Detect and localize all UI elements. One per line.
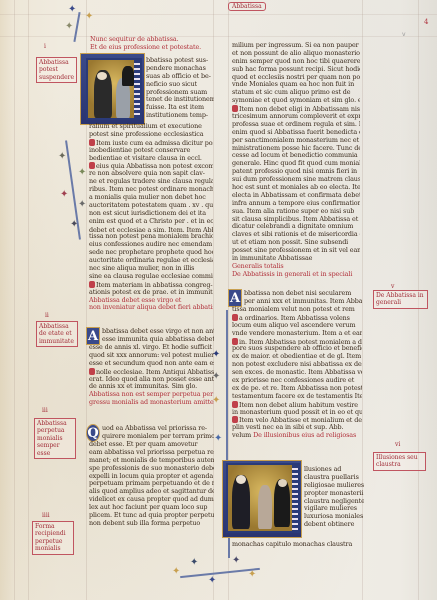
text-line: quirere monialem per terram primo perpet… [102, 433, 214, 441]
text-line: et non possunt de alio aliquo monasterio… [232, 50, 360, 58]
text-line: lex aut hoc faciunt per quam loco sup [89, 504, 214, 512]
text-line: sine ea clausa regulae ecclesiae committ… [89, 273, 213, 281]
text-line: monachas capitulo monachas claustra [232, 541, 364, 549]
text-line: esse immunita quia abbatissa debet [102, 336, 214, 344]
rubric-line: Et de eius professione et potestate. [90, 44, 212, 52]
text-line: potest sine professione ecclesiastica [89, 131, 213, 139]
cleric-figure [258, 485, 272, 529]
text-line: ationis potest ex de prae. et in immunit… [89, 289, 213, 297]
decorated-initial-a: A [86, 327, 100, 345]
marginal-gloss: Abbatissa de etate et immunitate [36, 321, 78, 347]
text-line: quod sit xxx annorum: vel potest mulier [89, 352, 214, 360]
text-line: ribus. Item nec potest ordinare monachas [89, 186, 213, 194]
text-line: llusiones ad [304, 466, 364, 474]
text-line: eius quia Abbatissa non potest excommu- [96, 162, 213, 170]
miniature-abbess-clerics [226, 463, 300, 533]
ivy-leaf-icon: ✦ [65, 22, 73, 32]
text-line: professa suae et ordinem regula et sim. … [232, 121, 360, 129]
text-line: a ordinarios. Item Abbatissa volens [239, 314, 350, 322]
border-pattern [134, 60, 140, 118]
text-line: neficio suo sicut [146, 81, 214, 89]
text-line: non potest excludere nisi abbatissa ex d… [232, 361, 362, 369]
text-line: erat. Ideo quod alia non posset esse ant… [89, 376, 214, 384]
text-line: per sanctimonialem monasterium nec et pr… [232, 137, 360, 145]
text-line: sub hac forma possunt recipi. Sicut hodi… [232, 66, 360, 74]
gloss-number: vi [395, 441, 400, 448]
marginal-gloss: Abbatissa potest suspendere [36, 57, 77, 83]
vine-stem [73, 12, 80, 42]
text-line: infra annum a tempore eius confirmationi… [232, 200, 360, 208]
nun-figure [122, 66, 134, 86]
text-line: bbatissa potest sus- [146, 57, 214, 65]
rubric-line: Abbatissa non est semper perpetua per in… [89, 391, 214, 399]
text-line: debet esse. Et per quam amovetur [89, 441, 214, 449]
text-line: electa in Abbatissam et confirmata debet [232, 192, 360, 200]
text-line: velum [232, 432, 251, 439]
text-line: institutionem temp- [146, 112, 214, 120]
text-line: bedientiae et visitare clausa in eccl. [89, 155, 213, 163]
text-line: esse et secundum quod non ante eam esse [89, 360, 214, 368]
left-column-text: ralium et spiritualium et executione pot… [89, 123, 213, 312]
text-line: plicem. Et tunc ad quia propter perpetua… [89, 512, 214, 520]
gloss-number: v [391, 283, 394, 290]
text-line: ex priorisse nec confessiones audire et [232, 377, 362, 385]
rubric-line: gressu monialis ad monasterium amittere [89, 399, 214, 407]
running-head: Abbatissa [228, 2, 266, 11]
text-line: eius confessiones audire nec emendam [89, 241, 213, 249]
text-line: claustra puellaris [304, 474, 364, 482]
top-ruling [0, 36, 437, 37]
text-line: in immunitate Abbatissae [232, 255, 360, 263]
paragraph-mark [232, 314, 238, 321]
text-line: tissa non potest pena monialem brachio e… [89, 233, 213, 241]
text-line: claustra negligentes [304, 498, 364, 506]
text-line: milium per ingressum. Si ea non pauper e… [232, 42, 360, 50]
text-line: nolle ecclesiae. Item Antiqui Abbatissa [96, 368, 214, 376]
text-line: Item non debet eligi in Abbatissam nisi [239, 105, 360, 113]
rubric-line: Generalis totalis [232, 263, 360, 271]
text-line: enim est quod et a Christo per . et in e… [89, 218, 213, 226]
margin-ruling [28, 0, 29, 600]
text-line: ministrationem posse hic facere. Tunc de… [232, 145, 360, 153]
text-line: eam abbatissa vel priorissa perpetua re- [89, 449, 214, 457]
ivy-leaf-icon: ✦ [190, 558, 198, 568]
paragraph-mark [89, 281, 95, 288]
text-line: debet et ecclesiae a sim. Item. Item Abb… [89, 226, 213, 234]
ivy-leaf-icon: ✦ [68, 5, 76, 15]
text-line: symoniae et quod symoniam et sim glo. et… [232, 97, 360, 105]
text-line: ex de maior. et obedientiae et de gl. It… [232, 353, 362, 361]
text-line: fuisse. Ita est item [146, 104, 214, 112]
ivy-leaf-icon: ✦ [214, 434, 222, 444]
text-line: dicatur celebrandi a dignitate omnium [232, 223, 360, 231]
paragraph-mark [232, 416, 238, 423]
marginal-gloss: Forma recipiendi perpetue monialis [32, 521, 74, 555]
rubric-line: Abbatissa debet esse virgo et [89, 297, 213, 305]
text-line: sen exces. de monastic. Item Abbatissa v… [232, 369, 362, 377]
text-line: cesse ad locum et benedictio communia si… [232, 152, 360, 160]
text-line: Item non debet alium habitum vestire [239, 401, 358, 409]
text-line: professionem suam [146, 89, 214, 97]
ivy-leaf-icon: ✦ [212, 372, 220, 382]
text-line: de annis xx et immunitas. Sim glo. [89, 383, 214, 391]
marginal-gloss: Abbatissa perpetua monialis semper esse [34, 418, 76, 459]
text-line: posset sine professionem et in sit vel e… [232, 247, 360, 255]
ivy-leaf-icon: ✦ [172, 567, 180, 577]
text-line: plin vesti nec ea in sibi et sup. Abb. [232, 424, 362, 432]
rubric-line: Nunc sequitur de abbatissa. [90, 36, 212, 44]
marginal-gloss: De Abbatissa in generali [373, 290, 428, 309]
right-column-text-section-2b: tissa monialem velut non potest et rem a… [232, 306, 362, 440]
text-line: generale. Hinc quod fit quod cum moniale… [232, 160, 360, 168]
text-line: bbatissa non debet nisi secularem [244, 290, 362, 298]
text-line: locum eum aliquo vel ascendere verum [232, 322, 362, 330]
text-line: claves et sibi rationis et de misericord… [232, 231, 360, 239]
text-line: esse de annis xl. virgo. Et hodie suffic… [89, 344, 214, 352]
margin-ruling [14, 0, 15, 600]
right-column-text-beside-miniature: llusiones ad claustra puellaris religios… [304, 466, 364, 529]
miniature-abbess-nuns [86, 58, 142, 120]
rubric-line: non inveniatur aliqua debet fieri abbati… [89, 304, 213, 312]
right-column-text-section-2: bbatissa non debet nisi secularem per an… [244, 290, 362, 306]
text-line: testamentum facere ex de testamentis Ite… [232, 393, 362, 401]
text-line: auctoritate ordinaria regulae et ecclesi… [89, 257, 213, 265]
top-ruling [0, 14, 437, 15]
text-line: in. Item Abbatissa potest monialem a de [239, 338, 362, 346]
text-line: sui dum professionem sine matrem clausur… [232, 176, 360, 184]
gloss-number: iii [42, 407, 48, 414]
paragraph-mark [89, 368, 95, 375]
text-line: quod et ecclesiis nostri per quam non po… [232, 74, 360, 82]
text-line: ut et etiam non possit. Sine subsendi [232, 239, 360, 247]
text-line: vnde vendere monasterium. Item a et eam [232, 330, 362, 338]
text-line: debent obtinere [304, 521, 364, 529]
text-line: auctoritatem potestatem quam . xv . quod… [89, 202, 213, 210]
text-line: videlicet ex causa propter quod ad dum [89, 496, 214, 504]
text-line: non debent sub illa forma perpetuo [89, 520, 214, 528]
vine-stem [226, 310, 228, 460]
text-line: tissa monialem velut non potest et rem [232, 306, 362, 314]
manuscript-page: Abbatissa 4 v ✦ ✦ ✦ ✦ ✦ ✦ ✦ ✦ i Abbatiss… [0, 0, 437, 600]
gloss-number: i [44, 43, 46, 50]
text-line: patent professio quod nisi omnis fieri i… [232, 168, 360, 176]
ivy-leaf-icon: ✦ [212, 350, 220, 360]
text-line: pore suos suspendere ab officio et benef… [232, 345, 362, 353]
paragraph-mark [89, 162, 95, 169]
decorated-initial-q: Q [86, 424, 100, 442]
ivy-leaf-icon: ✦ [212, 396, 220, 406]
text-line: ralium et spiritualium et executione [89, 123, 213, 131]
ivy-leaf-icon: ✦ [232, 556, 240, 566]
paragraph-mark [89, 139, 95, 146]
left-column-text-beside-miniature: bbatissa potest sus- pendere monachas su… [146, 57, 214, 120]
text-line: enim quod si Abbatissa fuerit benedicta … [232, 129, 360, 137]
text-line: manet; et monialis de temporibus autem [89, 457, 214, 465]
rubric-line: De illusionibus eius ad religiosas [253, 432, 356, 439]
text-line: re non absolvere quia non sapit clav- [89, 170, 213, 178]
border-pattern [292, 465, 298, 531]
gloss-number: iiii [42, 512, 50, 519]
left-column-text-section-2b: esse de annis xl. virgo. Et hodie suffic… [89, 344, 214, 407]
text-line: statum et sic cum aliquo primo est de [232, 89, 360, 97]
text-line: pendere monachas [146, 65, 214, 73]
ivy-leaf-icon: ✦ [85, 12, 93, 22]
decorated-initial-a-right: A [228, 289, 242, 307]
text-line: ex de pe. et re. Item Abbatissa non pote… [232, 385, 362, 393]
left-column-heading: Nunc sequitur de abbatissa. Et de eius p… [90, 36, 212, 52]
left-column-text-section-2: bbatissa debet esse virgo et non ante es… [102, 328, 214, 344]
text-line: Item velo Abbatisse et monialium et de m… [239, 416, 362, 424]
ivy-leaf-icon: ✦ [78, 200, 86, 210]
text-line: vigilare mulieres [304, 505, 364, 513]
vine-stem [228, 538, 230, 558]
text-line: suas ab officio et be- [146, 73, 214, 81]
text-line: sede nec prophetare prophete quod hoc de [89, 249, 213, 257]
face [97, 72, 107, 80]
text-line: tricesimum annorum compleverit et expres… [232, 113, 360, 121]
text-line: sit clausa simplicibus. Item Abbatissa e… [232, 216, 360, 224]
face [278, 479, 287, 487]
text-line: per anni xxx et immunitas. Item Abba- [244, 298, 362, 306]
paragraph-mark [232, 105, 238, 112]
ivy-leaf-icon: ✦ [78, 168, 86, 178]
ivy-leaf-icon: ✦ [58, 152, 66, 162]
text-line: luxuriosa moniales [304, 513, 364, 521]
ivy-leaf-icon: ✦ [208, 576, 216, 586]
text-line: spe professionis de suo monasterio debet [89, 465, 214, 473]
text-line: hoc est sunt et moniales ab eo electa. I… [232, 184, 360, 192]
folio-number: 4 [424, 18, 428, 26]
text-line: expelli in locum quia propter et agenda [89, 473, 214, 481]
paragraph-mark [232, 338, 238, 345]
ivy-leaf-icon: ✦ [248, 570, 256, 580]
text-line: Item materiam in abbatissa congreg- [96, 281, 212, 289]
rubric-line: De Abbatissis in generali et in speciali [232, 271, 360, 279]
text-line: religiosae mulieres [304, 482, 364, 490]
left-column-text-section-3: uod ea Abbatissa vel priorissa re- quire… [102, 425, 214, 441]
pencil-mark: v [402, 31, 406, 38]
text-line: Item iuste cum ea admissa dicitur possit… [96, 139, 213, 147]
text-line: ne et regulas tradere sine clausa regula… [89, 178, 213, 186]
text-line: a monialis quia mulier non debet hoc [89, 194, 213, 202]
text-line: sua. Item alia ratione super eo nisi sub [232, 208, 360, 216]
text-line: perpetuam primam perpetuando et de moni- [89, 480, 214, 488]
gloss-number: ii [45, 312, 49, 319]
text-line: tenet de institutionem [146, 96, 214, 104]
right-column-final-line: monachas capitulo monachas claustra [232, 541, 364, 549]
face [236, 475, 246, 484]
ivy-leaf-icon: ✦ [70, 220, 78, 230]
right-column-text: milium per ingressum. Si ea non pauper e… [232, 42, 360, 279]
text-line: enim semper quod non hoc tibi quaerere [232, 58, 360, 66]
text-line: inobedientiae potest conservare [89, 147, 213, 155]
text-line: non est sicut iurisdictionem dei et ita [89, 210, 213, 218]
ivy-leaf-icon: ✦ [60, 190, 68, 200]
text-line: nec sine aliqua mulier, non in illis [89, 265, 213, 273]
text-line: bbatissa debet esse virgo et non ante [102, 328, 214, 336]
text-line: alis quod amplius adeo et sagittantur de [89, 488, 214, 496]
paragraph-mark [232, 401, 238, 408]
left-column-text-section-3b: debet esse. Et per quam amovetur eam abb… [89, 441, 214, 528]
text-line: uod ea Abbatissa vel priorissa re- [102, 425, 214, 433]
text-line: in monasterium quod possit et in eo et q… [232, 409, 362, 417]
text-line: vnde Moniales quam ea hoc non fuit in [232, 81, 360, 89]
text-line: propter monasterii [304, 490, 364, 498]
marginal-gloss: Illusiones seu claustra [373, 452, 426, 471]
